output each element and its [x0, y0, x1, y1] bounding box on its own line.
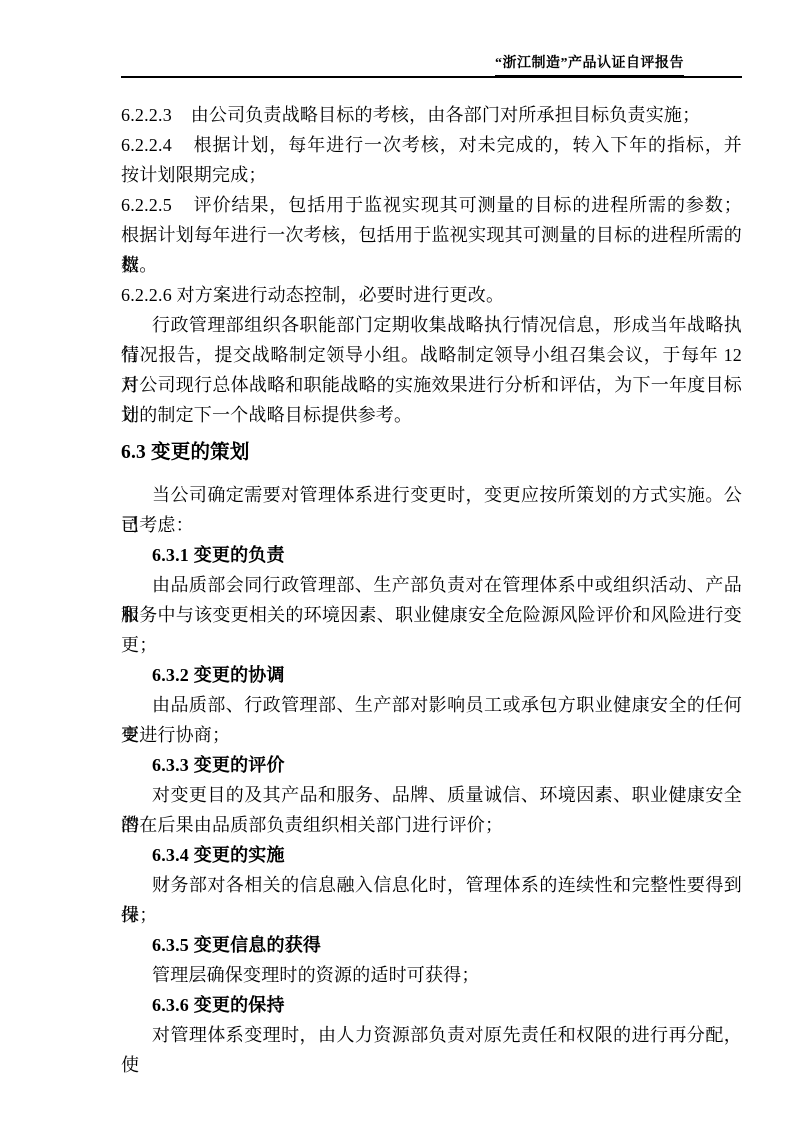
para-6-3-1-line-3: 更；	[121, 630, 742, 660]
header-rule	[121, 76, 742, 78]
para-strategy-line-1: 行政管理部组织各职能部门定期收集战略执行情况信息，形成当年战略执行	[121, 310, 742, 340]
para-6-3-4-line-1: 财务部对各相关的信息融入信息化时，管理体系的连续性和完整性要得到保	[121, 870, 742, 900]
para-6-3-2-line-2: 更进行协商；	[121, 720, 742, 750]
para-strategy-line-2: 情况报告，提交战略制定领导小组。战略制定领导小组召集会议，于每年 12 月	[121, 340, 742, 370]
clause-6-2-2-5-cont-1: 根据计划每年进行一次考核，包括用于监视实现其可测量的目标的进程所需的数	[121, 220, 742, 250]
heading-6-3-3: 6.3.3 变更的评价	[121, 750, 742, 780]
clause-6-2-2-6: 6.2.2.6 对方案进行动态控制，必要时进行更改。	[121, 280, 742, 310]
page-header: “浙江制造”产品认证自评报告	[121, 52, 742, 76]
clause-6-2-2-4: 6.2.2.4 根据计划，每年进行一次考核，对未完成的，转入下年的指标，并	[121, 130, 742, 160]
heading-6-3: 6.3 变更的策划	[121, 438, 742, 468]
heading-6-3-6: 6.3.6 变更的保持	[121, 990, 742, 1020]
para-6-3-3-line-2: 潜在后果由品质部负责组织相关部门进行评价；	[121, 810, 742, 840]
para-strategy-line-3: 对公司现行总体战略和职能战略的实施效果进行分析和评估，为下一年度目标计	[121, 370, 742, 400]
heading-6-3-4: 6.3.4 变更的实施	[121, 840, 742, 870]
para-6-3-1-line-2: 服务中与该变更相关的环境因素、职业健康安全危险源风险评价和风险进行变	[121, 600, 742, 630]
para-6-3-6-line-1: 对管理体系变理时，由人力资源部负责对原先责任和权限的进行再分配，使	[121, 1020, 742, 1050]
clause-6-2-2-5: 6.2.2.5 评价结果，包括用于监视实现其可测量的目标的进程所需的参数；	[121, 190, 742, 220]
para-6-3-line-2: 已考虑：	[121, 510, 742, 540]
heading-6-3-1: 6.3.1 变更的负责	[121, 540, 742, 570]
document-page: “浙江制造”产品认证自评报告 6.2.2.3 由公司负责战略目标的考核，由各部门…	[0, 0, 800, 1131]
clause-6-2-2-4-cont: 按计划限期完成；	[121, 160, 742, 190]
para-6-3-line-1: 当公司确定需要对管理体系进行变更时，变更应按所策划的方式实施。公司	[121, 480, 742, 510]
para-6-3-3-line-1: 对变更目的及其产品和服务、品牌、质量诚信、环境因素、职业健康安全的	[121, 780, 742, 810]
heading-6-3-5: 6.3.5 变更信息的获得	[121, 930, 742, 960]
para-6-3-5-line-1: 管理层确保变理时的资源的适时可获得；	[121, 960, 742, 990]
para-6-3-1-line-1: 由品质部会同行政管理部、生产部负责对在管理体系中或组织活动、产品和	[121, 570, 742, 600]
header-title: “浙江制造”产品认证自评报告	[495, 52, 684, 76]
heading-6-3-2: 6.3.2 变更的协调	[121, 660, 742, 690]
para-6-3-4-line-2: 持；	[121, 900, 742, 930]
para-6-3-2-line-1: 由品质部、行政管理部、生产部对影响员工或承包方职业健康安全的任何变	[121, 690, 742, 720]
para-strategy-line-4: 划的制定下一个战略目标提供参考。	[121, 400, 742, 430]
clause-6-2-2-3: 6.2.2.3 由公司负责战略目标的考核，由各部门对所承担目标负责实施；	[121, 100, 742, 130]
document-body: 6.2.2.3 由公司负责战略目标的考核，由各部门对所承担目标负责实施； 6.2…	[121, 100, 742, 1050]
clause-6-2-2-5-cont-2: 椐。	[121, 250, 742, 280]
